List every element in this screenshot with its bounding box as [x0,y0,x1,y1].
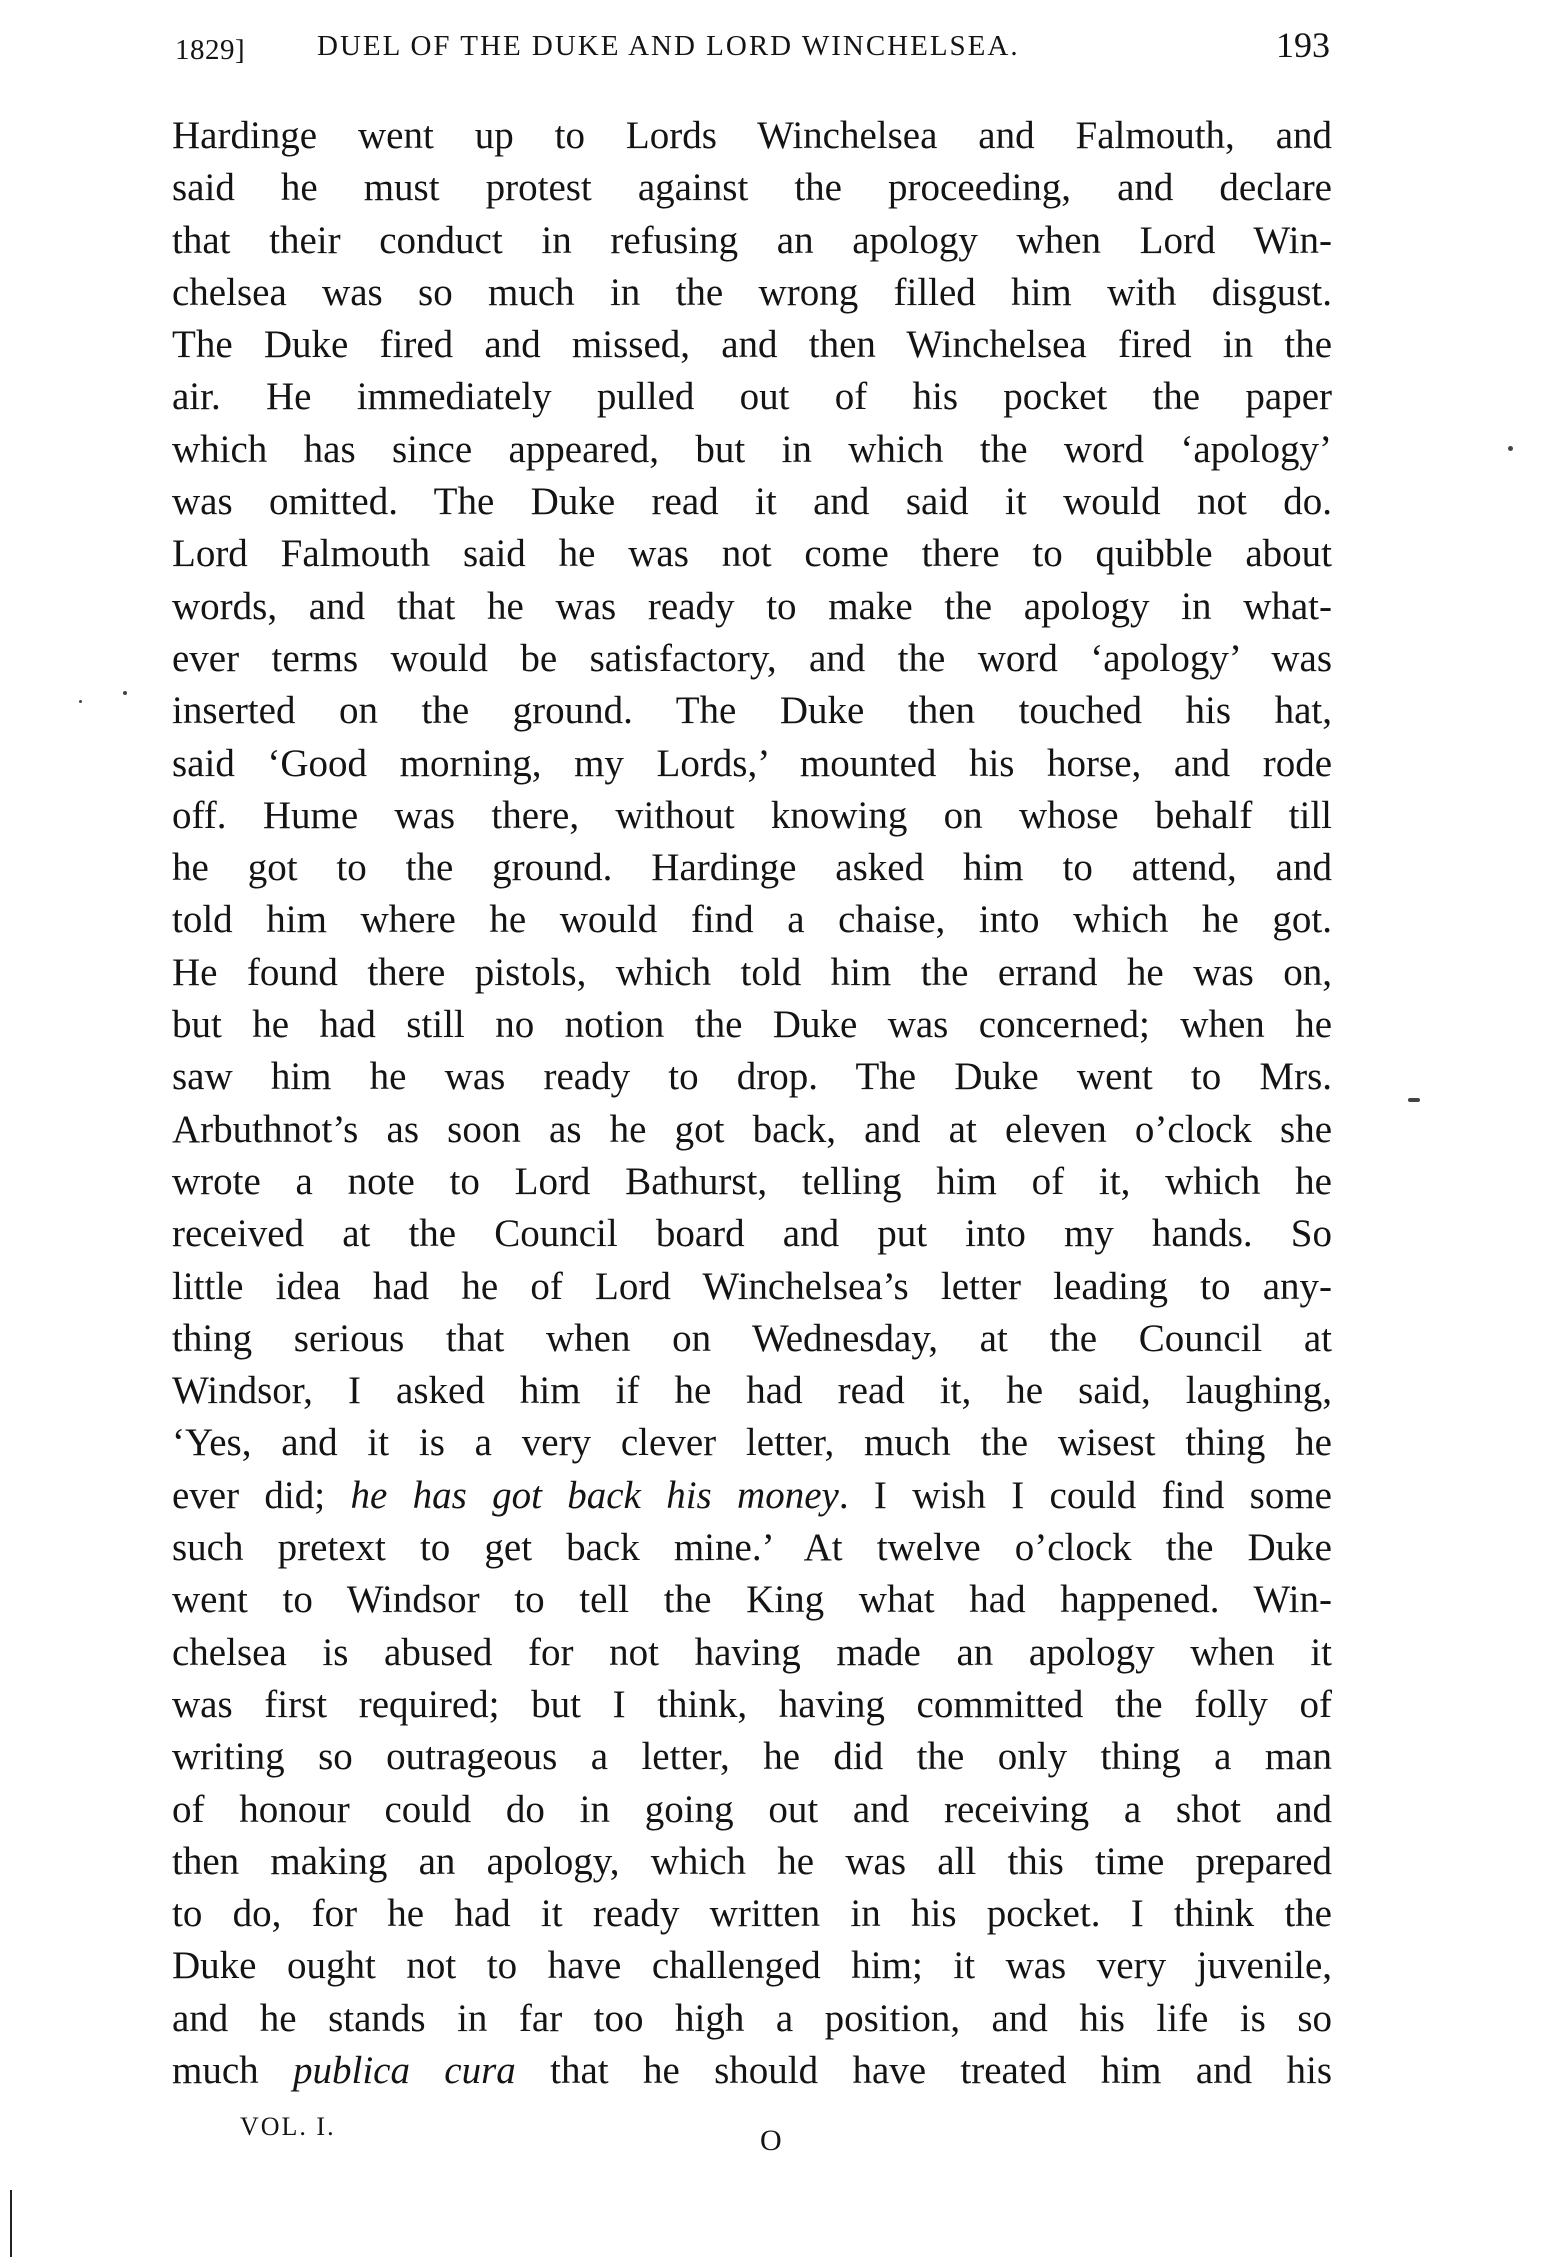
scan-speck [1408,1098,1420,1102]
text-line-with-italic: much publica cura that he should have tr… [172,2045,1332,2097]
text-line: Windsor, I asked him if he had read it, … [172,1365,1332,1417]
text-line: off. Hume was there, without knowing on … [172,790,1332,842]
text-line: wrote a note to Lord Bathurst, telling h… [172,1156,1332,1208]
text-line: ‘Yes, and it is a very clever letter, mu… [172,1417,1332,1469]
text-line: said ‘Good morning, my Lords,’ mounted h… [172,738,1332,790]
text-line: air. He immediately pulled out of his po… [172,371,1332,423]
text-line: went to Windsor to tell the King what ha… [172,1574,1332,1626]
text-line: said he must protest against the proceed… [172,162,1332,214]
body-text: Hardinge went up to Lords Winchelsea and… [172,110,1332,2097]
text-segment: . I wish I could find some [839,1474,1332,1517]
text-line: that their conduct in refusing an apolog… [172,215,1332,267]
text-line: Lord Falmouth said he was not come there… [172,528,1332,580]
scan-edge-mark [10,2190,12,2257]
text-segment: that he should have treated him and his [516,2049,1332,2092]
text-line: to do, for he had it ready written in hi… [172,1888,1332,1940]
text-line: little idea had he of Lord Winchelsea’s … [172,1261,1332,1313]
text-line: inserted on the ground. The Duke then to… [172,685,1332,737]
volume-label: VOL. I. [240,2112,336,2142]
text-line: but he had still no notion the Duke was … [172,999,1332,1051]
text-line: thing serious that when on Wednesday, at… [172,1313,1332,1365]
text-segment: much [172,2049,293,2092]
text-line: of honour could do in going out and rece… [172,1784,1332,1836]
scan-speck [1508,446,1513,451]
text-line: Arbuthnot’s as soon as he got back, and … [172,1104,1332,1156]
page-footer: VOL. I. O [240,2112,840,2162]
text-line: such pretext to get back mine.’ At twelv… [172,1522,1332,1574]
signature-mark: O [760,2124,782,2158]
text-line: writing so outrageous a letter, he did t… [172,1731,1332,1783]
text-line: which has since appeared, but in which t… [172,424,1332,476]
italic-phrase: publica cura [293,2049,516,2092]
running-head-year: 1829] [175,34,245,67]
text-line: he got to the ground. Hardinge asked him… [172,842,1332,894]
text-line: saw him he was ready to drop. The Duke w… [172,1051,1332,1103]
text-line: chelsea was so much in the wrong filled … [172,267,1332,319]
text-line: received at the Council board and put in… [172,1208,1332,1260]
book-page: 1829] DUEL OF THE DUKE AND LORD WINCHELS… [0,0,1547,2257]
text-line: then making an apology, which he was all… [172,1836,1332,1888]
text-line: words, and that he was ready to make the… [172,581,1332,633]
text-line: was first required; but I think, having … [172,1679,1332,1731]
text-line: Duke ought not to have challenged him; i… [172,1940,1332,1992]
running-head: 1829] DUEL OF THE DUKE AND LORD WINCHELS… [175,24,1330,74]
text-line-with-italic: ever did; he has got back his money. I w… [172,1470,1332,1522]
italic-phrase: he has got back his money [350,1474,838,1517]
text-line: told him where he would find a chaise, i… [172,894,1332,946]
scan-speck [79,700,82,703]
text-line: The Duke fired and missed, and then Winc… [172,319,1332,371]
text-line: chelsea is abused for not having made an… [172,1627,1332,1679]
text-line: Hardinge went up to Lords Winchelsea and… [172,110,1332,162]
scan-speck [123,691,127,695]
page-number: 193 [1276,24,1330,66]
text-segment: ever did; [172,1474,350,1517]
text-line: and he stands in far too high a position… [172,1993,1332,2045]
text-line: was omitted. The Duke read it and said i… [172,476,1332,528]
running-head-title: DUEL OF THE DUKE AND LORD WINCHELSEA. [317,30,1020,63]
text-line: He found there pistols, which told him t… [172,947,1332,999]
text-line: ever terms would be satisfactory, and th… [172,633,1332,685]
